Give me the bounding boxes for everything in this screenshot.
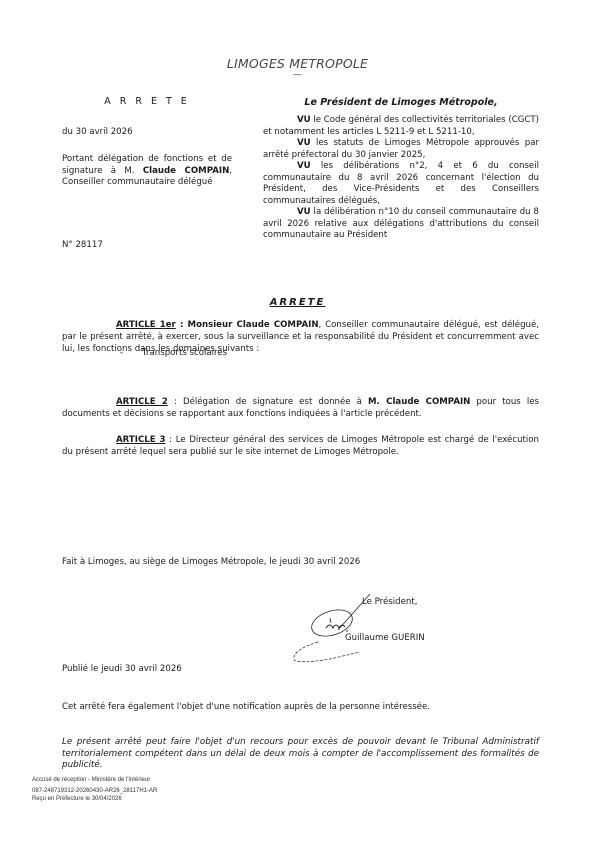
domain-list-item: -Transports scolaires [120,348,227,358]
notification-notice: Cet arrêté fera également l'objet d'une … [62,702,430,712]
vu-item: VU les statuts de Limoges Métropole appr… [263,138,539,161]
document-type-heading: A R R E T E [62,96,232,107]
article-3: ARTICLE 3 : Le Directeur général des ser… [62,435,539,459]
document-subject: Portant délégation de fonctions et de si… [62,154,232,189]
receipt-stamp: Accusé de réception - Ministère de l'int… [32,776,157,803]
header-separator: — [0,70,595,80]
stamp-line-2: 087-248719312-20260430-AR26_28117H1-AR [32,787,157,795]
document-number: N° 28117 [62,240,232,252]
vu-item: VU la délibération n°10 du conseil commu… [263,207,539,242]
vu-item: VU les délibérations n°2, 4 et 6 du cons… [263,161,539,207]
stamp-line-1: Accusé de réception - Ministère de l'int… [32,776,157,784]
organization-title: LIMOGES METROPOLE [0,56,595,71]
subject-name: Claude COMPAIN [143,166,229,176]
stamp-line-3: Reçu en Préfecture le 30/04/2026 [32,795,157,803]
publication-date: Publié le jeudi 30 avril 2026 [62,664,182,674]
place-and-date: Fait à Limoges, au siège de Limoges Métr… [62,557,360,567]
president-heading: Le Président de Limoges Métropole, [263,97,539,108]
decision-heading: ARRETE [0,297,595,308]
appeal-notice: Le présent arrêté peut faire l'objet d'u… [62,737,539,772]
article-2: ARTICLE 2 : Délégation de signature est … [62,397,539,421]
vu-list: VU le Code général des collectivités ter… [263,115,539,242]
signature-scribble-icon [290,590,400,670]
vu-item: VU le Code général des collectivités ter… [263,115,539,138]
document-date: du 30 avril 2026 [62,127,232,139]
